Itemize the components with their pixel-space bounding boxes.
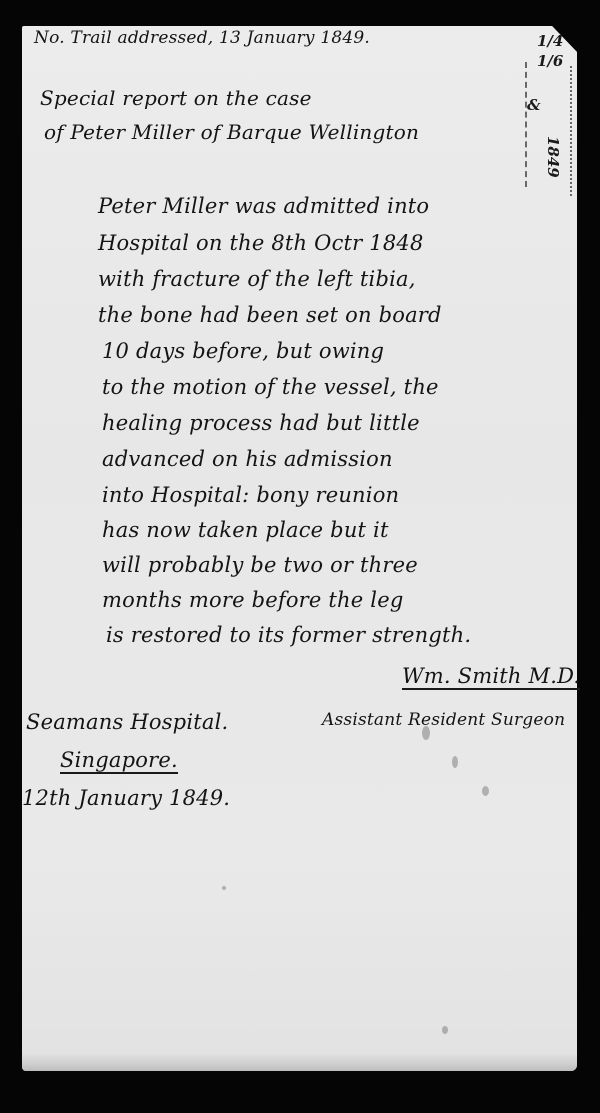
signature-name: Wm. Smith M.D. [402, 664, 580, 688]
document-sheet: No. Trail addressed, 13 January 1849. 1/… [22, 26, 577, 1071]
body-line-12: months more before the leg [102, 588, 403, 612]
margin-dotted-line-2 [570, 66, 574, 196]
signature-text: Wm. Smith M.D. [402, 664, 580, 690]
city-name: Singapore. [60, 748, 178, 772]
margin-dotted-line [525, 62, 529, 187]
report-date: 12th January 1849. [22, 786, 230, 810]
body-line-7: healing process had but little [102, 411, 420, 435]
body-line-2: Hospital on the 8th Octr 1848 [98, 231, 424, 255]
ink-smudge [422, 726, 430, 740]
body-line-1: Peter Miller was admitted into [98, 194, 429, 218]
report-title-line-2: of Peter Miller of Barque Wellington [44, 120, 419, 144]
margin-annotation-1: 1/4 [537, 32, 563, 50]
margin-annotation-3: & [527, 96, 541, 114]
docket-line: No. Trail addressed, 13 January 1849. [34, 28, 370, 48]
body-line-13: is restored to its former strength. [106, 623, 471, 647]
body-line-10: has now taken place but it [102, 518, 389, 542]
ink-smudge [482, 786, 489, 796]
body-line-9: into Hospital: bony reunion [102, 483, 399, 507]
city-text: Singapore. [60, 748, 178, 774]
report-title-line-1: Special report on the case [40, 86, 312, 110]
body-line-6: to the motion of the vessel, the [102, 375, 439, 399]
body-line-11: will probably be two or three [102, 553, 418, 577]
ink-smudge [222, 886, 226, 890]
signature-title: Assistant Resident Surgeon [322, 710, 565, 730]
body-line-8: advanced on his admission [102, 447, 393, 471]
body-line-3: with fracture of the left tibia, [98, 267, 416, 291]
ink-smudge [442, 1026, 448, 1034]
body-line-4: the bone had been set on board [98, 303, 442, 327]
body-line-5: 10 days before, but owing [102, 339, 384, 363]
hospital-name: Seamans Hospital. [26, 710, 228, 734]
margin-annotation-4: 1849 [544, 136, 562, 178]
ink-smudge [452, 756, 458, 768]
margin-annotation-2: 1/6 [537, 52, 563, 70]
